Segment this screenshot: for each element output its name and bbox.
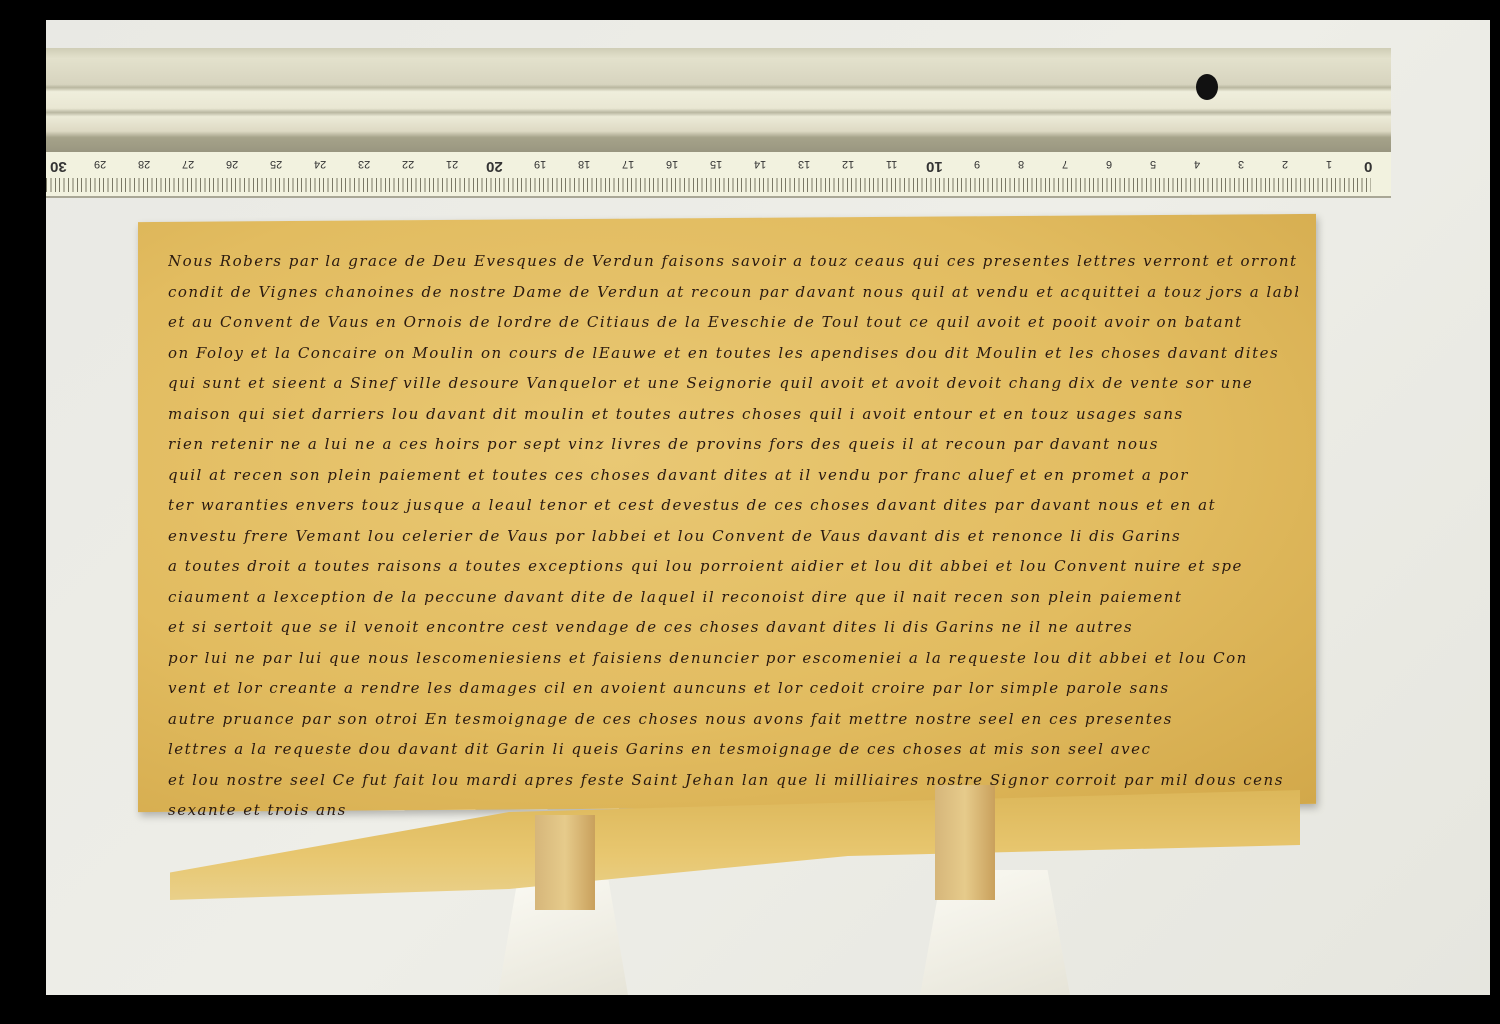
ruler-label: 5 (1150, 158, 1156, 170)
ruler-label: 19 (534, 158, 546, 170)
charter-text: Nous Robers par la grace de Deu Evesques… (168, 252, 1298, 832)
ruler-label: 10 (926, 158, 943, 175)
ruler-label: 26 (226, 158, 238, 170)
ruler-hanging-hole (1196, 74, 1218, 100)
charter-line: rien retenir ne a lui ne a ces hoirs por… (168, 435, 1298, 466)
ruler-label: 17 (622, 158, 634, 170)
ruler-scale: 30 29 28 27 26 25 24 23 22 21 20 19 18 1… (46, 152, 1391, 198)
ruler-label: 21 (446, 158, 458, 170)
ruler-label: 3 (1238, 158, 1244, 170)
charter-line: sexante et trois ans (168, 801, 1298, 832)
charter-line: on Foloy et la Concaire on Moulin on cou… (168, 344, 1298, 375)
ruler-label: 1 (1326, 158, 1332, 170)
charter-line: et lou nostre seel Ce fut fait lou mardi… (168, 771, 1298, 802)
charter-line: por lui ne par lui que nous lescomeniesi… (168, 649, 1298, 680)
ruler-label: 8 (1018, 158, 1024, 170)
charter-line: Nous Robers par la grace de Deu Evesques… (168, 252, 1298, 283)
charter-line: qui sunt et sieent a Sinef ville desoure… (168, 374, 1298, 405)
ruler-label: 6 (1106, 158, 1112, 170)
ruler-label: 20 (486, 158, 503, 175)
ruler-label: 2 (1282, 158, 1288, 170)
ruler-label: 11 (886, 158, 897, 170)
ruler-label: 24 (314, 158, 326, 170)
ruler-label: 25 (270, 158, 282, 170)
ruler-label: 14 (754, 158, 766, 170)
ruler-body (46, 48, 1391, 152)
charter-line: ciaument a lexception de la peccune dava… (168, 588, 1298, 619)
ruler-ticks (46, 178, 1371, 192)
ruler-label: 16 (666, 158, 678, 170)
ruler-label: 12 (842, 158, 854, 170)
ruler-label: 29 (94, 158, 106, 170)
charter-line: ter waranties envers touz jusque a leaul… (168, 496, 1298, 527)
charter-line: lettres a la requeste dou davant dit Gar… (168, 740, 1298, 771)
charter-line: et si sertoit que se il venoit encontre … (168, 618, 1298, 649)
ruler-label: 7 (1062, 158, 1068, 170)
ruler-label: 0 (1364, 158, 1372, 175)
ruler-label: 22 (402, 158, 414, 170)
ruler-label: 9 (974, 158, 980, 170)
ruler-label: 28 (138, 158, 150, 170)
charter-line: envestu frere Vemant lou celerier de Vau… (168, 527, 1298, 558)
ruler-label: 23 (358, 158, 370, 170)
ruler-label: 4 (1194, 158, 1200, 170)
ruler-label: 15 (710, 158, 722, 170)
ruler-label: 27 (182, 158, 194, 170)
charter-line: a toutes droit a toutes raisons a toutes… (168, 557, 1298, 588)
charter-line: maison qui siet darriers lou davant dit … (168, 405, 1298, 436)
charter-line: vent et lor creante a rendre les damages… (168, 679, 1298, 710)
ruler-label: 18 (578, 158, 590, 170)
charter-line: quil at recen son plein paiement et tout… (168, 466, 1298, 497)
charter-line: et au Convent de Vaus en Ornois de lordr… (168, 313, 1298, 344)
ruler-label: 13 (798, 158, 810, 170)
ruler-label: 30 (50, 158, 67, 175)
ruler: 30 29 28 27 26 25 24 23 22 21 20 19 18 1… (46, 48, 1446, 196)
charter-line: condit de Vignes chanoines de nostre Dam… (168, 283, 1298, 314)
charter-line: autre pruance par son otroi En tesmoigna… (168, 710, 1298, 741)
